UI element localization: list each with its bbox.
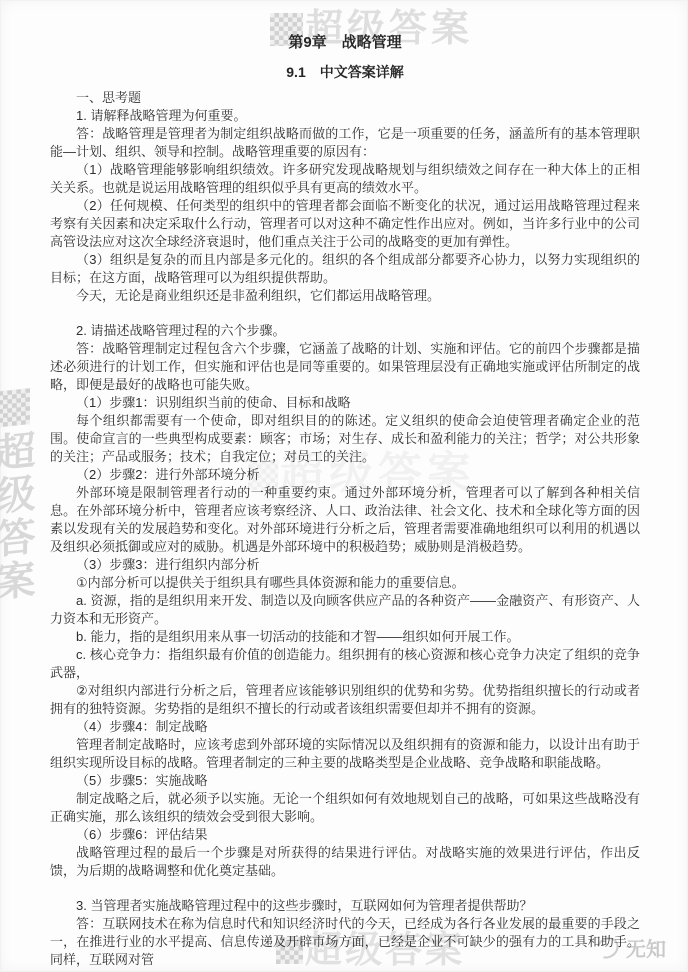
page-content: 第9章 战略管理 9.1 中文答案详解 一、思考题 1. 请解释战略管理为何重要…: [0, 0, 688, 969]
answer-paragraph: 答：互联网技术在称为信息时代和知识经济时代的今天，已经成为各行各业发展的最重要的…: [50, 915, 640, 969]
question-title: 1. 请解释战略管理为何重要。: [50, 107, 640, 125]
answer-paragraph: 管理者制定战略时，应该考虑到外部环境的实际情况以及组织拥有的资源和能力，以设计出…: [50, 736, 640, 772]
answer-paragraph: 战略管理过程的最后一个步骤是对所获得的结果进行评估。对战略实施的效果进行评估，作…: [50, 844, 640, 880]
step-heading: （6）步骤6：评估结果: [50, 826, 640, 844]
part-heading: 一、思考题: [50, 89, 640, 107]
chapter-title: 第9章 战略管理: [50, 33, 640, 53]
answer-paragraph: （1）战略管理能够影响组织绩效。许多研究发现战略规划与组织绩效之间存在一种大体上…: [50, 161, 640, 197]
step-heading: （1）步骤1：识别组织当前的使命、目标和战略: [50, 394, 640, 412]
answer-paragraph: 外部环境是限制管理者行动的一种重要约束。通过外部环境分析，管理者可以了解到各种相…: [50, 484, 640, 556]
step-heading: （3）步骤3：进行组织内部分析: [50, 556, 640, 574]
step-heading: （4）步骤4：制定战略: [50, 718, 640, 736]
answer-paragraph: 答：战略管理制定过程包含六个步骤，它涵盖了战略的计划、实施和评估。它的前四个步骤…: [50, 340, 640, 394]
section-title: 9.1 中文答案详解: [50, 63, 640, 82]
answer-paragraph: a. 资源，指的是组织用来开发、制造以及向顾客供应产品的各种资产——金融资产、有…: [50, 592, 640, 628]
answer-paragraph: （3）组织是复杂的而且内部是多元化的。组织的各个组成部分都要齐心协力，以努力实现…: [50, 251, 640, 287]
document-page: 超级答案 超级答案 超级答案 超级答案 无知 第9章 战略管理 9.1 中文答案…: [0, 0, 688, 972]
step-heading: （2）步骤2：进行外部环境分析: [50, 466, 640, 484]
question-title: 2. 请描述战略管理过程的六个步骤。: [50, 322, 640, 340]
answer-paragraph: ②对组织内部进行分析之后，管理者应该能够识别组织的优势和劣势。优势指组织擅长的行…: [50, 682, 640, 718]
answer-paragraph: c. 核心竞争力：指组织最有价值的创造能力。组织拥有的核心资源和核心竞争力决定了…: [50, 646, 640, 682]
answer-paragraph: 答：战略管理是管理者为制定组织战略而做的工作，它是一项重要的任务，涵盖所有的基本…: [50, 125, 640, 161]
answer-paragraph: 今天，无论是商业组织还是非盈利组织，它们都运用战略管理。: [50, 287, 640, 305]
question-block-2: 2. 请描述战略管理过程的六个步骤。 答：战略管理制定过程包含六个步骤，它涵盖了…: [50, 322, 640, 880]
question-block-3: 3. 当管理者实施战略管理过程中的这些步骤时，互联网如何为管理者提供帮助？ 答：…: [50, 897, 640, 969]
answer-paragraph: ①内部分析可以提供关于组织具有哪些具体资源和能力的重要信息。: [50, 574, 640, 592]
answer-paragraph: 制定战略之后，就必须予以实施。无论一个组织如何有效地规划自己的战略，可如果这些战…: [50, 790, 640, 826]
answer-paragraph: 每个组织都需要有一个使命，即对组织目的的陈述。定义组织的使命会迫使管理者确定企业…: [50, 412, 640, 466]
question-block-1: 1. 请解释战略管理为何重要。 答：战略管理是管理者为制定组织战略而做的工作，它…: [50, 107, 640, 305]
answer-paragraph: （2）任何规模、任何类型的组织中的管理者都会面临不断变化的状况，通过运用战略管理…: [50, 197, 640, 251]
question-title: 3. 当管理者实施战略管理过程中的这些步骤时，互联网如何为管理者提供帮助？: [50, 897, 640, 915]
step-heading: （5）步骤5：实施战略: [50, 772, 640, 790]
answer-paragraph: b. 能力，指的是组织用来从事一切活动的技能和才智——组织如何开展工作。: [50, 628, 640, 646]
